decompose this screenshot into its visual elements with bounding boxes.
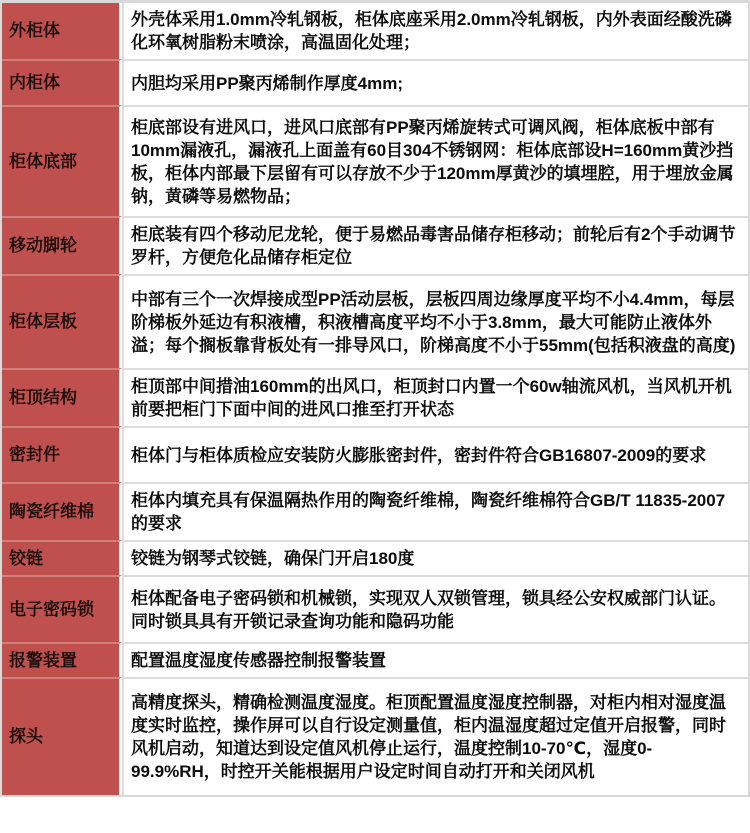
spec-row: 探头高精度探头，精确检测温度湿度。柜顶配置温度湿度控制器，对柜内相对湿度温度实时…: [2, 677, 748, 795]
spec-row-text: 柜底装有四个移动尼龙轮，便于易燃品毒害品储存柜移动；前轮后有2个手动调节罗杆，方…: [122, 216, 748, 274]
spec-row-text: 中部有三个一次焊接成型PP活动层板，层板四周边缘厚度平均不小4.4mm，每层阶梯…: [122, 274, 748, 368]
spec-row: 报警装置配置温度湿度传感器控制报警装置: [2, 642, 748, 677]
spec-row-label: 内柜体: [2, 59, 122, 105]
spec-row-label: 铰链: [2, 540, 122, 575]
spec-row-text: 柜体内填充具有保温隔热作用的陶瓷纤维棉，陶瓷纤维棉符合GB/T 11835-20…: [122, 482, 748, 540]
spec-row: 柜体层板中部有三个一次焊接成型PP活动层板，层板四周边缘厚度平均不小4.4mm，…: [2, 274, 748, 368]
spec-table: 外柜体外壳体采用1.0mm冷轧钢板，柜体底座采用2.0mm冷轧钢板，内外表面经酸…: [0, 0, 750, 797]
spec-row-label: 外柜体: [2, 3, 122, 59]
spec-row: 柜体底部柜底部设有进风口，进风口底部有PP聚丙烯旋转式可调风阀，柜体底板中部有1…: [2, 105, 748, 216]
spec-row-text: 配置温度湿度传感器控制报警装置: [122, 642, 748, 677]
spec-row-label: 密封件: [2, 426, 122, 482]
spec-row-label: 陶瓷纤维棉: [2, 482, 122, 540]
spec-row-text: 高精度探头，精确检测温度湿度。柜顶配置温度湿度控制器，对柜内相对湿度温度实时监控…: [122, 677, 748, 795]
spec-row-label: 电子密码锁: [2, 575, 122, 642]
spec-row: 柜顶结构柜顶部中间措油160mm的出风口，柜顶封口内置一个60w轴流风机，当风机…: [2, 368, 748, 426]
spec-row-text: 柜体配备电子密码锁和机械锁，实现双人双锁管理，锁具经公安权威部门认证。同时锁具具…: [122, 575, 748, 642]
spec-row-text: 柜体门与柜体质检应安装防火膨胀密封件，密封件符合GB16807-2009的要求: [122, 426, 748, 482]
spec-row-text: 内胆均采用PP聚丙烯制作厚度4mm;: [122, 59, 748, 105]
spec-row: 陶瓷纤维棉柜体内填充具有保温隔热作用的陶瓷纤维棉，陶瓷纤维棉符合GB/T 118…: [2, 482, 748, 540]
spec-row: 密封件柜体门与柜体质检应安装防火膨胀密封件，密封件符合GB16807-2009的…: [2, 426, 748, 482]
spec-row: 移动脚轮柜底装有四个移动尼龙轮，便于易燃品毒害品储存柜移动；前轮后有2个手动调节…: [2, 216, 748, 274]
spec-row-label: 柜顶结构: [2, 368, 122, 426]
spec-row-text: 柜底部设有进风口，进风口底部有PP聚丙烯旋转式可调风阀，柜体底板中部有10mm漏…: [122, 105, 748, 216]
spec-row-label: 移动脚轮: [2, 216, 122, 274]
spec-row: 外柜体外壳体采用1.0mm冷轧钢板，柜体底座采用2.0mm冷轧钢板，内外表面经酸…: [2, 3, 748, 59]
spec-row-label: 柜体层板: [2, 274, 122, 368]
spec-row-text: 铰链为钢琴式铰链，确保门开启180度: [122, 540, 748, 575]
spec-row: 内柜体内胆均采用PP聚丙烯制作厚度4mm;: [2, 59, 748, 105]
spec-row-label: 探头: [2, 677, 122, 795]
spec-row-text: 柜顶部中间措油160mm的出风口，柜顶封口内置一个60w轴流风机，当风机开机前要…: [122, 368, 748, 426]
spec-row: 电子密码锁柜体配备电子密码锁和机械锁，实现双人双锁管理，锁具经公安权威部门认证。…: [2, 575, 748, 642]
spec-row-label: 报警装置: [2, 642, 122, 677]
spec-row-label: 柜体底部: [2, 105, 122, 216]
spec-row: 铰链铰链为钢琴式铰链，确保门开启180度: [2, 540, 748, 575]
spec-row-text: 外壳体采用1.0mm冷轧钢板，柜体底座采用2.0mm冷轧钢板，内外表面经酸洗磷化…: [122, 3, 748, 59]
